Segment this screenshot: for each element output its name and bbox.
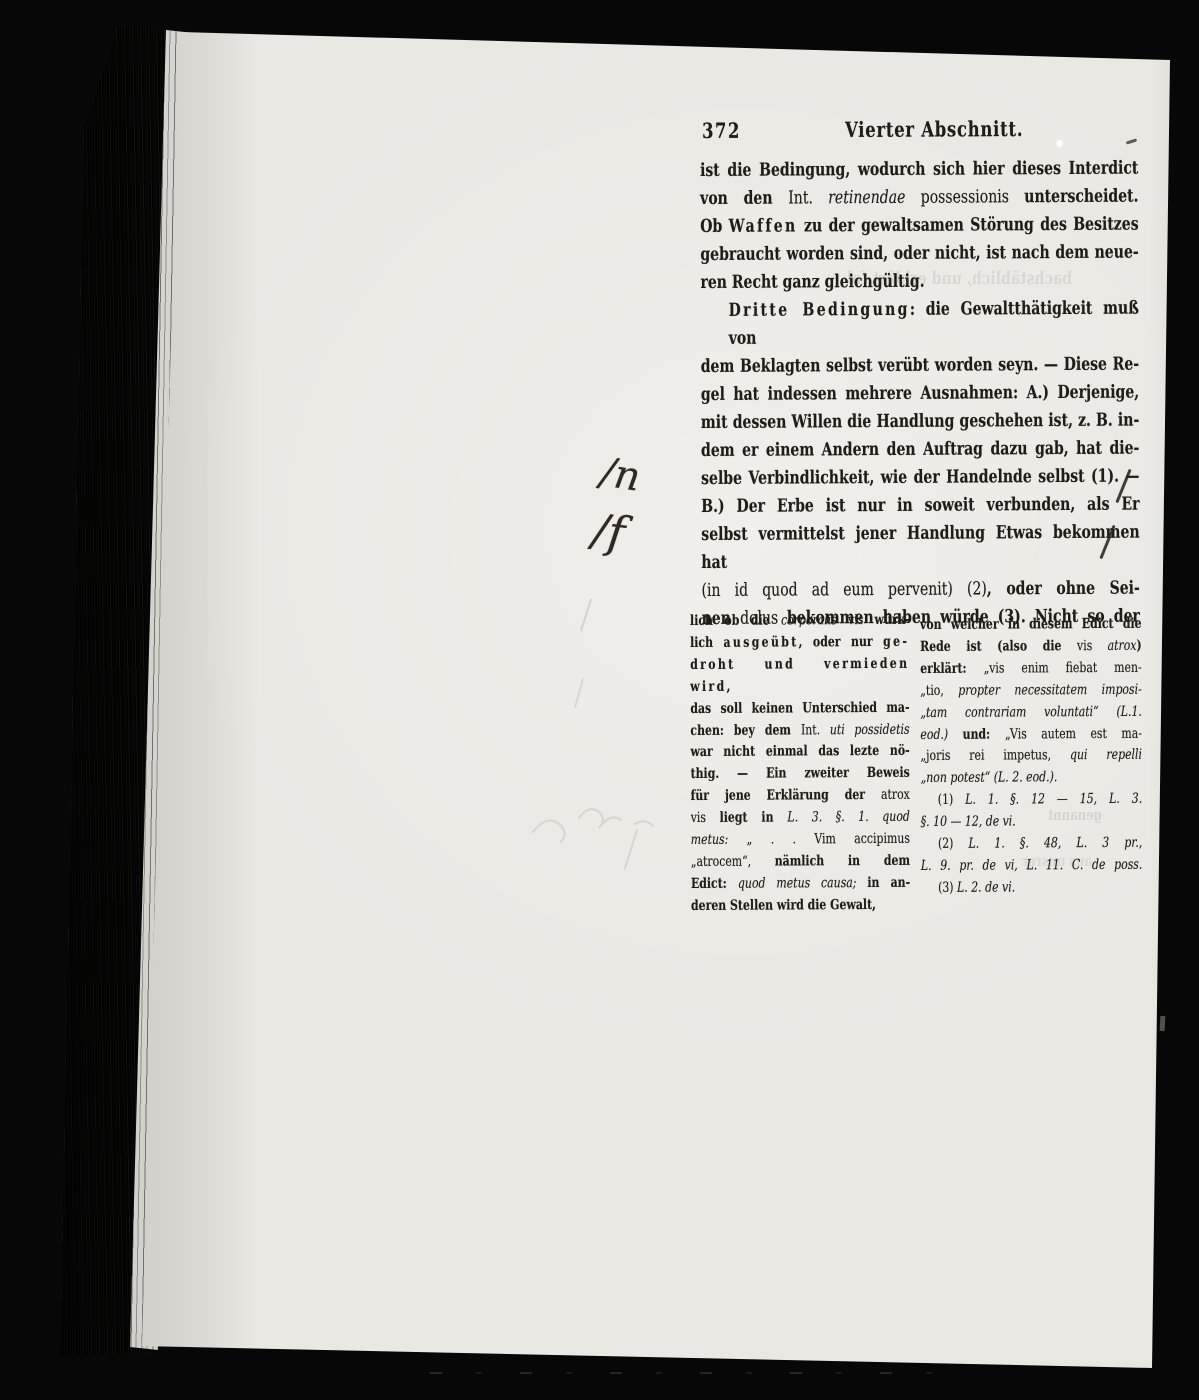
text-line: lich ausgeübt, oder nur ge-: [690, 632, 909, 655]
handwritten-margin-mark-f: /f: [590, 503, 628, 559]
text-line: Edict: quod metus causa; in an-: [691, 873, 910, 896]
text-line: (1) L. 1. §. 12 — 15, L. 3.: [921, 789, 1143, 812]
text-line: „tio, propter necessitatem imposi-: [920, 679, 1142, 702]
chapter-heading: Vierter Abschnitt.: [845, 116, 1023, 142]
text-line: „non potest“ (L. 2. eod.).: [921, 767, 1143, 790]
text-line: (in id quod ad eum pervenit) (2), oder o…: [701, 575, 1139, 605]
text-line: „joris rei impetus, qui repelli: [920, 745, 1142, 768]
text-line: das soll keinen Unterschied ma-: [690, 697, 909, 720]
text-line: eod.) und: „Vis autem est ma-: [920, 723, 1142, 746]
text-line: B.) Der Erbe ist nur in soweit verbunden…: [701, 491, 1139, 521]
text-line: „atrocem“, nämlich in dem: [691, 851, 910, 874]
text-line: selbe Verbindlichkeit, wie der Handelnde…: [701, 463, 1139, 493]
text-line: Ob Waffen zu der gewaltsamen Störung des…: [700, 211, 1138, 241]
text-line: deren Stellen wird die Gewalt,: [691, 895, 910, 918]
page-number: 372: [702, 118, 741, 143]
text-line: gel hat indessen mehrere Ausnahmen: A.) …: [701, 379, 1139, 409]
main-text-block: ist die Bedingung, wodurch sich hier die…: [700, 155, 1140, 633]
text-line: vis liegt in L. 3. §. 1. quod: [691, 807, 910, 830]
text-line: §. 10 — 12, de vi.: [921, 811, 1143, 834]
text-line: thig. — Ein zweiter Beweis: [691, 763, 910, 786]
text-line: Rede ist (also die vis atrox): [920, 636, 1142, 659]
footnote-column-left: lich ob die corporalis vis würk-lich aus…: [690, 610, 910, 918]
handwritten-margin-mark-n: /n: [598, 449, 644, 501]
text-line: Dritte Bedingung: die Gewaltthätigkeit m…: [700, 295, 1139, 353]
faint-pencil-squiggle: [525, 770, 675, 885]
text-line: selbst vermittelst jener Handlung Etwas …: [701, 519, 1140, 577]
text-line: von den Int. retinendae possessionis unt…: [700, 183, 1138, 213]
showthrough-ghost-word: genannt: [1048, 806, 1102, 824]
text-line: erklärt: „vis enim fiebat men-: [920, 658, 1142, 681]
scan-speck: [1056, 140, 1063, 147]
text-line: dem Beklagten selbst verübt worden seyn.…: [701, 351, 1139, 381]
text-line: lich ob die corporalis vis würk-: [690, 610, 909, 633]
text-line: für jene Erklärung der atrox: [691, 785, 910, 808]
text-line: „tam contrariam voluntati“ (L.1.: [920, 701, 1142, 724]
text-line: ist die Bedingung, wodurch sich hier die…: [700, 155, 1138, 185]
text-line: chen: bey dem Int. uti possidetis: [690, 719, 909, 742]
showthrough-ghost-word: aus unsrer: [1022, 852, 1092, 870]
scanned-book-photo: 372 Vierter Abschnitt. ist die Bedingung…: [0, 0, 1199, 1400]
page-edge-sliver: [1160, 1016, 1166, 1031]
text-line: (3) L. 2. de vi.: [921, 877, 1143, 900]
scan-scratches: [430, 1372, 950, 1374]
text-line: metus: „ . . Vim accipimus: [691, 829, 910, 852]
text-line: dem er einem Andern den Auftrag dazu gab…: [701, 435, 1139, 465]
text-line: mit dessen Willen die Handlung geschehen…: [701, 407, 1139, 437]
text-line: droht und vermieden wird,: [690, 654, 909, 699]
text-line: war nicht einmal das lezte nö-: [690, 741, 909, 764]
text-line: von welcher in diesem Edict die: [920, 614, 1142, 637]
showthrough-ghost-text: bachstäblich, und erklärt fol: [847, 268, 1072, 289]
text-line: gebraucht worden sind, oder nicht, ist n…: [700, 239, 1138, 269]
